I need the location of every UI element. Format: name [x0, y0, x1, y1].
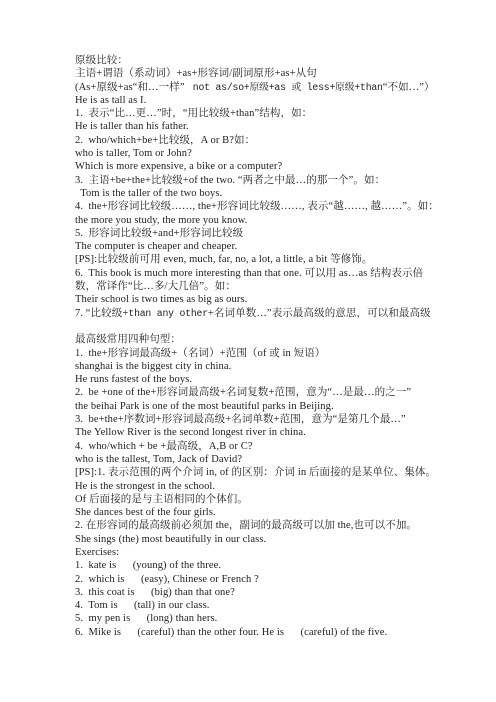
doc-line: He is the strongest in the school.: [75, 480, 466, 493]
doc-line-segment: (As+原级+as“和…一样”: [75, 82, 193, 93]
doc-line: The computer is cheaper and cheaper.: [75, 240, 466, 253]
doc-line: 7. “比较级+than any other+名词单数…”表示最高级的意思，可以…: [75, 307, 466, 320]
blank-line: [75, 320, 466, 333]
exercise-item: 6. Mike is (careful) than the other four…: [75, 626, 466, 639]
doc-line: Which is more expensive, a bike or a com…: [75, 160, 466, 173]
doc-line: She dances best of the four girls.: [75, 506, 466, 519]
doc-line: 3. be+the+序数词+形容词最高级+名词单数+范围，意为“是第几个最…”: [75, 413, 466, 426]
exercise-item: 2. which is (easy), Chinese or French ?: [75, 573, 466, 586]
doc-line: the beihai Park is one of the most beaut…: [75, 400, 466, 413]
exercise-item: 5. my pen is (long) than hers.: [75, 612, 466, 625]
doc-line: the more you study, the more you know.: [75, 214, 466, 227]
doc-line: 2. 在形容词的最高级前必须加 the，副词的最高级可以加 the,也可以不加。: [75, 519, 466, 532]
exercise-item: 3. this coat is (big) than that one?: [75, 586, 466, 599]
doc-line: 1. the+形容词最高级+（名词）+范围（of 或 in 短语）: [75, 347, 466, 360]
exercise-item: 4. Tom is (tall) in our class.: [75, 599, 466, 612]
doc-line: He runs fastest of the boys.: [75, 373, 466, 386]
doc-line: shanghai is the biggest city in china.: [75, 360, 466, 373]
doc-line: He is taller than his father.: [75, 120, 466, 133]
doc-line: 6. This book is much more interesting th…: [75, 267, 466, 280]
doc-line: Tom is the taller of the two boys.: [75, 187, 466, 200]
doc-line-segment: +名词单数…”表示最高级的意思，可以和最高级: [208, 308, 431, 319]
doc-line-segment: 7. “比较级+: [75, 308, 128, 319]
doc-line: 主语+谓语（系动词）+as+形容词/副词原形+as+从句: [75, 67, 466, 80]
doc-line-segment-mono: than any other: [128, 308, 208, 319]
doc-line: She sings (the) most beautifully in our …: [75, 533, 466, 546]
doc-line: who is the tallest, Tom, Jack of David?: [75, 453, 466, 466]
doc-line: The Yellow River is the second longest r…: [75, 426, 466, 439]
doc-line: 4. the+形容词比较级……, the+形容词比较级……, 表示“越……, 越…: [75, 200, 466, 213]
doc-line: [PS]:比较级前可用 even, much, far, no, a lot, …: [75, 253, 466, 266]
doc-line-segment-mono: not as/so+原级+as 或 less+原级+than: [193, 82, 383, 93]
doc-line: Their school is two times as big as ours…: [75, 293, 466, 306]
doc-line: 1. 表示“比…更…”时，“用比较级+than”结构，如：: [75, 107, 466, 120]
doc-line: He is as tall as I.: [75, 94, 466, 107]
exercise-item: 1. kate is (young) of the three.: [75, 559, 466, 572]
doc-line: 3. 主语+be+the+比较级+of the two. “两者之中最…的那一个…: [75, 174, 466, 187]
doc-line: (As+原级+as“和…一样” not as/so+原级+as 或 less+原…: [75, 81, 466, 94]
doc-line: 数，常译作“比…多/大几倍”。如：: [75, 280, 466, 293]
doc-line: 5. 形容词比较级+and+形容词比较级: [75, 227, 466, 240]
doc-line: 2. who/which+be+比较级，A or B?如：: [75, 134, 466, 147]
doc-line: [PS]:1. 表示范围的两个介词 in, of 的区别：介词 in 后面接的是…: [75, 466, 466, 479]
doc-line: who is taller, Tom or John?: [75, 147, 466, 160]
doc-line: Of 后面接的是与主语相同的个体们。: [75, 493, 466, 506]
document-page: 原级比较： 主语+谓语（系动词）+as+形容词/副词原形+as+从句 (As+原…: [0, 0, 496, 702]
heading-exercises: Exercises:: [75, 546, 466, 559]
doc-line: 4. who/which + be +最高级，A,B or C?: [75, 440, 466, 453]
doc-line-segment: “不如…”）: [383, 82, 435, 93]
heading-original-comparison: 原级比较：: [75, 54, 466, 67]
doc-line: 2. be +one of the+形容词最高级+名词复数+范围，意为“…是最……: [75, 386, 466, 399]
heading-superlative-patterns: 最高级常用四种句型：: [75, 333, 466, 346]
